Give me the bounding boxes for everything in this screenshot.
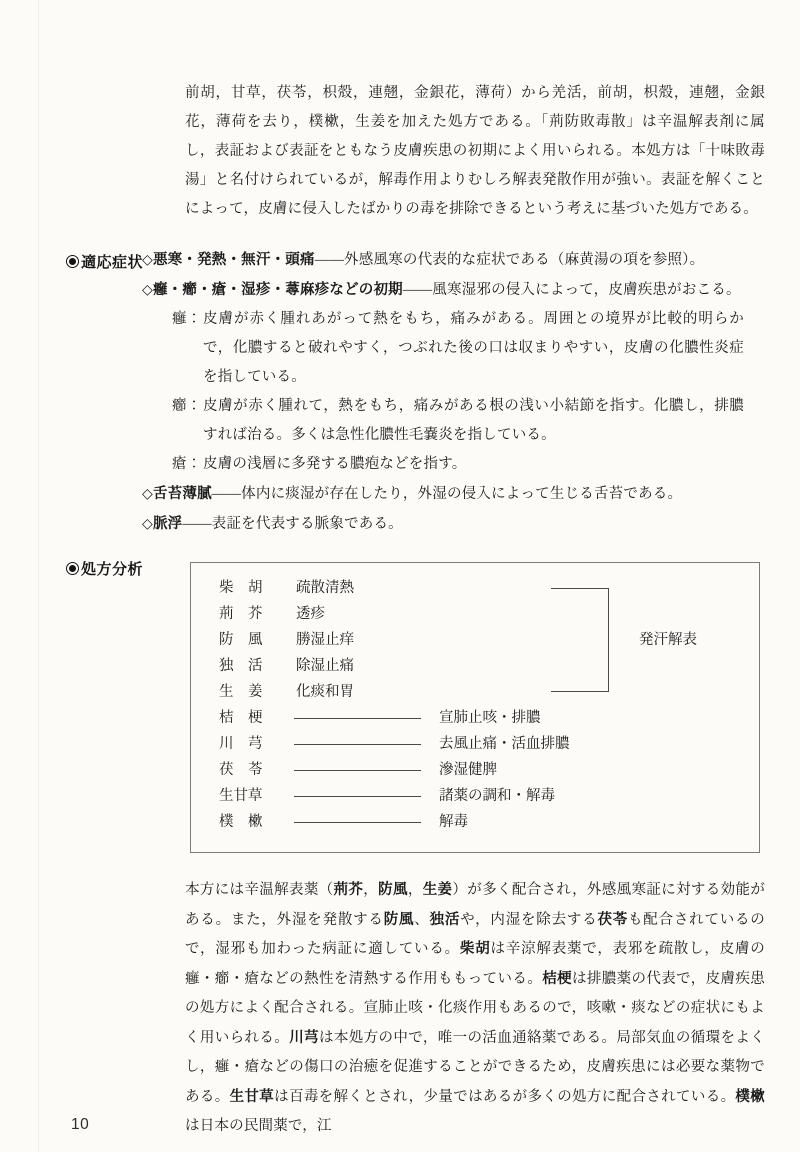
- symptom-text: ——体内に痰湿が存在したり，外湿の侵入によって生じる舌苔である。: [212, 486, 682, 502]
- herb-name: 桔 梗: [219, 705, 263, 731]
- herb-effect: 化痰和胃: [296, 679, 354, 705]
- symptom-lead: 悪寒・発熱・無汗・頭痛: [153, 252, 315, 268]
- definition-term: 癤：: [172, 392, 203, 450]
- herb-name: 独 活: [219, 653, 263, 679]
- symptom-item: ◇舌苔薄膩——体内に痰湿が存在したり，外湿の侵入によって生じる舌苔である。: [142, 479, 764, 509]
- diamond-icon: ◇: [142, 515, 153, 531]
- herb-effect: 解毒: [439, 809, 468, 835]
- herb-row: 柴 胡 疏散清熱: [191, 575, 759, 601]
- herb-row: 生 姜 化痰和胃: [191, 679, 759, 705]
- section-title: 適応症状: [81, 251, 143, 272]
- herb-name: 樸 樕: [219, 809, 263, 835]
- symptom-lead: 舌苔薄膩: [153, 486, 212, 502]
- diamond-icon: ◇: [142, 251, 153, 267]
- scan-edge-line: [38, 0, 39, 1152]
- herb-effect: 透疹: [296, 601, 325, 627]
- section-bullet-icon: [66, 562, 79, 575]
- symptom-text: ——風寒湿邪の侵入によって，皮膚疾患がおこる。: [403, 282, 741, 298]
- term-definition: 瘡： 皮膚の浅層に多発する膿疱などを指す。: [172, 450, 764, 479]
- herb-effect: 宣肺止咳・排膿: [439, 705, 541, 731]
- page-number: 10: [71, 1116, 89, 1134]
- symptom-text: ——外感風寒の代表的な症状である（麻黄湯の項を参照）。: [315, 252, 705, 268]
- section-header-symptoms: 適応症状: [66, 251, 143, 272]
- intro-paragraph: 前胡，甘草，茯苓，枳殼，連翹，金銀花，薄荷）から羌活，前胡，枳殼，連翹，金銀花，…: [185, 79, 765, 224]
- herb-row: 茯 苓 滲湿健脾: [191, 757, 759, 783]
- herb-name: 生 姜: [219, 679, 263, 705]
- formula-analysis-box: 柴 胡 疏散清熱 荊 芥 透疹 防 風 勝湿止痒 独 活 除湿止痛 生 姜 化痰…: [190, 562, 760, 853]
- symptom-lead: 脈浮: [153, 516, 182, 532]
- combined-effect: 発汗解表: [639, 627, 697, 653]
- group-bracket-line: [551, 588, 609, 692]
- section-title: 処方分析: [81, 558, 143, 579]
- section-header-analysis: 処方分析: [66, 558, 143, 579]
- herb-row: 桔 梗 宣肺止咳・排膿: [191, 705, 759, 731]
- herb-row: 川 芎 去風止痛・活血排膿: [191, 731, 759, 757]
- definition-text: 皮膚が赤く腫れあがって熱をもち，痛みがある。周囲との境界が比較的明らかで，化膿す…: [203, 305, 744, 392]
- symptoms-section: ◇悪寒・発熱・無汗・頭痛——外感風寒の代表的な症状である（麻黄湯の項を参照）。 …: [142, 245, 764, 539]
- symptom-item: ◇悪寒・発熱・無汗・頭痛——外感風寒の代表的な症状である（麻黄湯の項を参照）。: [142, 245, 764, 275]
- herb-effect: 疏散清熱: [296, 575, 354, 601]
- term-definition: 癤： 皮膚が赤く腫れて，熱をもち，痛みがある根の浅い小結節を指す。化膿し，排膿す…: [172, 392, 764, 450]
- herb-effect: 諸薬の調和・解毒: [439, 783, 555, 809]
- discussion-paragraph: 本方には辛温解表薬（荊芥，防風，生姜）が多く配合され，外感風寒証に対する効能があ…: [185, 876, 765, 1142]
- herb-name: 防 風: [219, 627, 263, 653]
- diamond-icon: ◇: [142, 485, 153, 501]
- definition-term: 癰：: [172, 305, 203, 392]
- symptom-item: ◇癰・癤・瘡・湿疹・蕁麻疹などの初期——風寒湿邪の侵入によって，皮膚疾患がおこる…: [142, 275, 764, 305]
- herb-name: 生甘草: [219, 783, 263, 809]
- connector-line: [294, 770, 421, 771]
- connector-line: [294, 718, 421, 719]
- herb-row: 樸 樕 解毒: [191, 809, 759, 835]
- definition-text: 皮膚が赤く腫れて，熱をもち，痛みがある根の浅い小結節を指す。化膿し，排膿すれば治…: [203, 392, 744, 450]
- herb-name: 荊 芥: [219, 601, 263, 627]
- herb-name: 川 芎: [219, 731, 263, 757]
- diamond-icon: ◇: [142, 281, 153, 297]
- connector-line: [294, 744, 421, 745]
- symptom-lead: 癰・癤・瘡・湿疹・蕁麻疹などの初期: [153, 282, 403, 298]
- symptom-text: ——表証を代表する脈象である。: [182, 516, 403, 532]
- herb-effect: 除湿止痛: [296, 653, 354, 679]
- term-definition: 癰： 皮膚が赤く腫れあがって熱をもち，痛みがある。周囲との境界が比較的明らかで，…: [172, 305, 764, 392]
- herb-group: 柴 胡 疏散清熱 荊 芥 透疹 防 風 勝湿止痒 独 活 除湿止痛 生 姜 化痰…: [191, 575, 759, 705]
- single-herbs: 桔 梗 宣肺止咳・排膿 川 芎 去風止痛・活血排膿 茯 苓 滲湿健脾 生甘草 諸…: [191, 705, 759, 835]
- connector-line: [294, 822, 421, 823]
- herb-effect: 滲湿健脾: [439, 757, 497, 783]
- herb-effect: 去風止痛・活血排膿: [439, 731, 570, 757]
- herb-row: 生甘草 諸薬の調和・解毒: [191, 783, 759, 809]
- connector-line: [294, 796, 421, 797]
- definition-text: 皮膚の浅層に多発する膿疱などを指す。: [203, 450, 744, 479]
- herb-name: 茯 苓: [219, 757, 263, 783]
- herb-row: 荊 芥 透疹: [191, 601, 759, 627]
- definition-term: 瘡：: [172, 450, 203, 479]
- herb-effect: 勝湿止痒: [296, 627, 354, 653]
- herb-name: 柴 胡: [219, 575, 263, 601]
- herb-row: 独 活 除湿止痛: [191, 653, 759, 679]
- section-bullet-icon: [66, 255, 79, 268]
- scanned-book-page: { "markers": { "diamond": "◇" }, "intro"…: [0, 0, 800, 1152]
- symptom-item: ◇脈浮——表証を代表する脈象である。: [142, 509, 764, 539]
